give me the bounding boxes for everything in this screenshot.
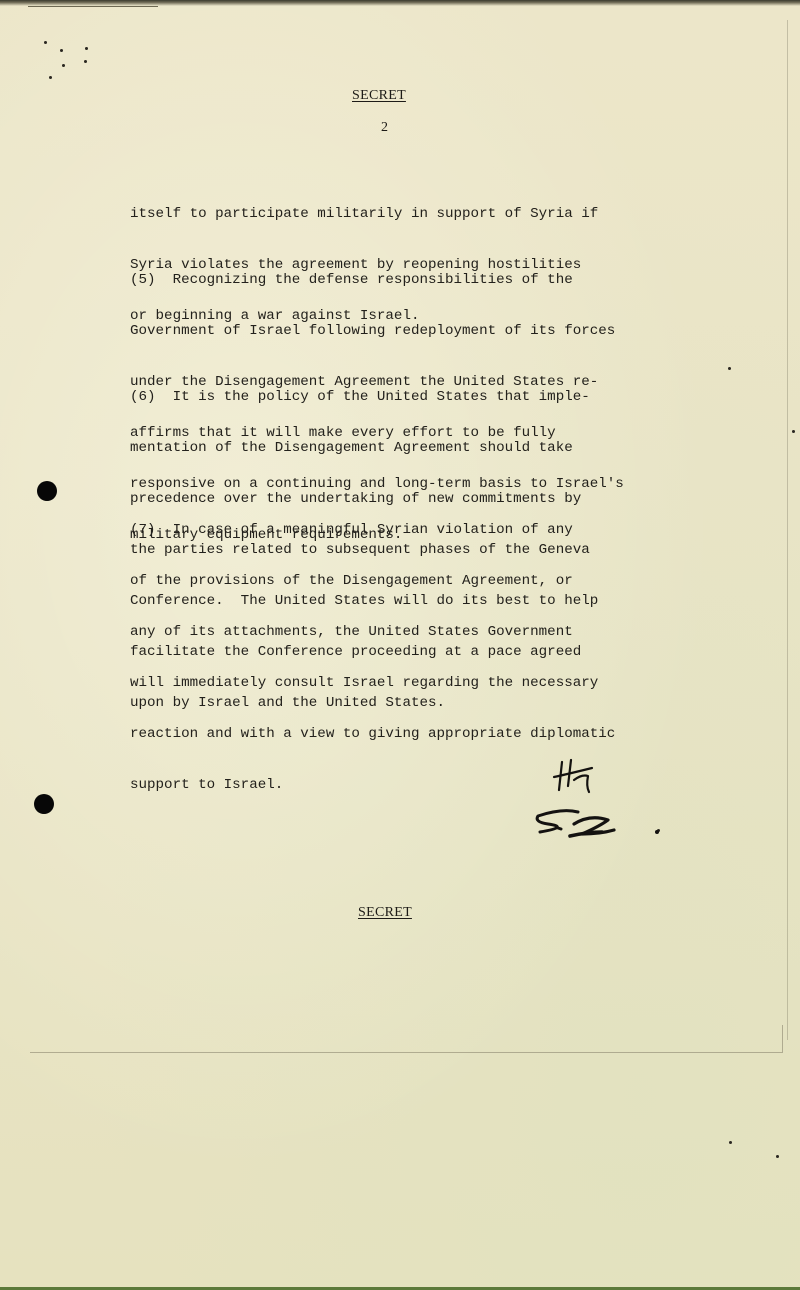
text-line: (7) In case of a meaningful Syrian viola… [130, 522, 615, 539]
classification-footer: SECRET [358, 905, 412, 921]
initial-k-stroke [574, 776, 589, 793]
text-line: reaction and with a view to giving appro… [130, 726, 615, 743]
speck [792, 430, 795, 433]
speck [49, 76, 52, 79]
speck [729, 1141, 732, 1144]
classification-header: SECRET [352, 88, 406, 104]
text-line: itself to participate militarily in supp… [130, 206, 598, 223]
fold-line [30, 1052, 782, 1053]
speck [84, 60, 87, 63]
signature-period [655, 830, 659, 834]
text-line: (5) Recognizing the defense responsibili… [130, 272, 624, 289]
speck [60, 49, 63, 52]
text-line: (6) It is the policy of the United State… [130, 389, 598, 406]
text-line: of the provisions of the Disengagement A… [130, 573, 615, 590]
speck [62, 64, 65, 67]
page-number: 2 [381, 120, 388, 136]
handwritten-initials [530, 752, 670, 847]
punch-hole-upper [37, 481, 57, 501]
speck [776, 1155, 779, 1158]
scan-edge-line [28, 6, 158, 7]
text-line: any of its attachments, the United State… [130, 624, 615, 641]
fold-tick [782, 1025, 783, 1053]
speck [85, 47, 88, 50]
text-line: Government of Israel following redeploym… [130, 323, 624, 340]
speck [44, 41, 47, 44]
initial-dot [558, 828, 561, 829]
punch-hole-lower [34, 794, 54, 814]
page-right-edge [787, 20, 788, 1040]
text-line: will immediately consult Israel regardin… [130, 675, 615, 692]
speck [728, 367, 731, 370]
document-page: SECRET 2 itself to participate militaril… [0, 0, 800, 1290]
text-line: mentation of the Disengagement Agreement… [130, 440, 598, 457]
